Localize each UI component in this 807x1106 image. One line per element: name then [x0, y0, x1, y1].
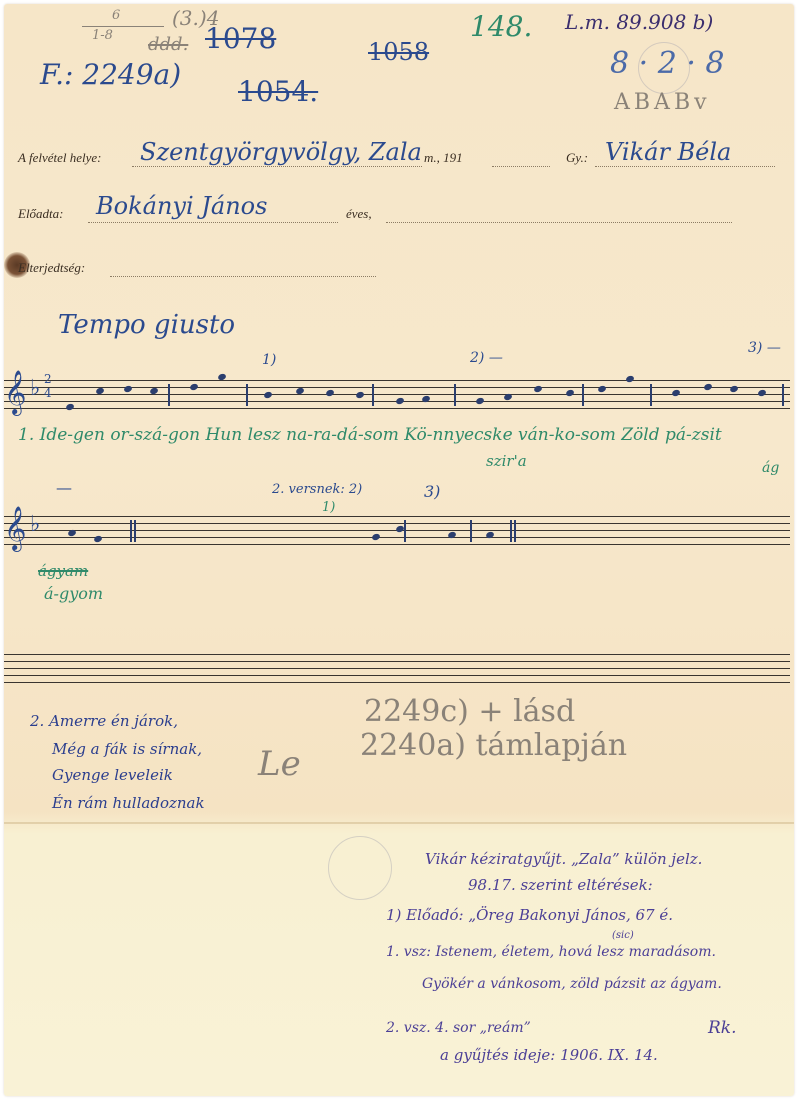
location-label: A felvétel helye:: [18, 150, 101, 166]
lyrics-verse-1: 1. Ide-gen or-szá-gon Hun lesz na-ra-dá-…: [18, 425, 722, 445]
struck-number-1054: 1054.: [238, 75, 318, 108]
staff2-marker-1: 1): [322, 500, 335, 515]
verse-2-line: Gyenge leveleik: [52, 766, 173, 784]
faded-stamp: [328, 836, 392, 900]
signature: Rk.: [708, 1018, 737, 1038]
bottom-note-line: 1) Előadó: „Öreg Bakonyi János, 67 é.: [386, 906, 673, 924]
struck-number-1058: 1058: [368, 38, 429, 66]
staff-2: [4, 516, 790, 550]
barline: [372, 384, 374, 406]
treble-clef-icon: 𝄞: [4, 370, 26, 415]
marker-2: 2) —: [470, 350, 503, 366]
barline: [582, 384, 584, 406]
barline: [168, 384, 170, 406]
performer-label: Előadta:: [18, 206, 64, 222]
staff2-lyric: á-gyom: [44, 584, 103, 603]
bottom-note-line: 98.17. szerint eltérések:: [468, 876, 653, 894]
initials: Le: [258, 744, 301, 784]
fraction-denominator: 1-8: [92, 28, 113, 43]
sic-annotation: (sic): [612, 930, 634, 941]
spread-line: [110, 276, 376, 277]
second-verse-note: 2. versnek: 2): [272, 482, 362, 497]
barline: [782, 384, 784, 406]
manuscript-sheet: [4, 4, 794, 1096]
location-line: [132, 166, 422, 167]
barline: [454, 384, 456, 406]
staff-1: [4, 380, 790, 414]
barline: [246, 384, 248, 406]
location-value: Szentgyörgyvölgy, Zala: [140, 138, 422, 166]
collector-label: Gy.:: [566, 150, 588, 166]
collector-value: Vikár Béla: [605, 138, 731, 166]
scribble: ddd.: [148, 34, 188, 55]
lyrics-alt-1: szir'a: [486, 452, 527, 470]
marker-1: 1): [262, 352, 276, 368]
lyrics-alt-2: ág: [762, 460, 779, 476]
bottom-note-line: Vikár kéziratgyűjt. „Zala” külön jelz.: [425, 850, 702, 868]
verse-2-line: Én rám hulladoznak: [52, 794, 205, 812]
bottom-note-line: 1. vsz: Istenem, életem, hová lesz marad…: [386, 944, 716, 960]
bottom-note-line: Gyökér a vánkosom, zöld pázsit az ágyam.: [422, 976, 722, 992]
verse-2-line: 2. Amerre én járok,: [30, 712, 178, 730]
age-label: éves,: [346, 206, 372, 222]
bottom-note-line: 2. vsz. 4. sor „reám”: [386, 1020, 531, 1036]
age-line: [386, 222, 732, 223]
structure-code: 8 · 2 · 8: [610, 46, 724, 81]
verse-2-line: Még a fák is sírnak,: [52, 740, 202, 758]
bottom-note-line: a gyűjtés ideje: 1906. IX. 14.: [440, 1046, 658, 1064]
fraction-bar: [82, 26, 164, 27]
tempo-marking: Tempo giusto: [58, 310, 235, 340]
collector-line: [595, 166, 775, 167]
staff-3-empty: [4, 654, 790, 684]
staff2-dash: —: [56, 478, 72, 497]
barline: [650, 384, 652, 406]
spread-label: Elterjedtség:: [18, 260, 85, 276]
marker-3: 3) —: [748, 340, 781, 356]
staff2-lyric-struck: ágyam: [38, 562, 88, 580]
paper-fold: [4, 822, 794, 824]
time-signature: 24: [44, 372, 52, 400]
cross-reference-line-2: 2240a) támlapján: [360, 728, 627, 763]
catalog-id: F.: 2249a): [40, 58, 181, 91]
struck-number-1078: 1078: [205, 22, 276, 55]
county-suffix: m., 191: [424, 150, 463, 166]
cross-reference-line-1: 2249c) + lásd: [364, 694, 575, 729]
double-barline: [134, 520, 136, 542]
staff2-marker-3: 3): [424, 482, 440, 501]
barline: [404, 520, 406, 542]
double-barline: [514, 520, 516, 542]
performer-value: Bokányi János: [96, 192, 267, 220]
green-number: 148.: [470, 10, 532, 43]
double-barline: [130, 520, 132, 542]
flat-key-signature-icon: ♭: [30, 376, 40, 401]
reference-number: L.m. 89.908 b): [565, 10, 713, 34]
barline: [470, 520, 472, 542]
treble-clef-icon: 𝄞: [4, 506, 26, 551]
performer-line: [88, 222, 338, 223]
flat-key-signature-icon: ♭: [30, 512, 40, 537]
fraction-numerator: 6: [112, 8, 120, 23]
year-line: [492, 166, 550, 167]
double-barline: [510, 520, 512, 542]
form-code: ABABv: [614, 90, 711, 115]
